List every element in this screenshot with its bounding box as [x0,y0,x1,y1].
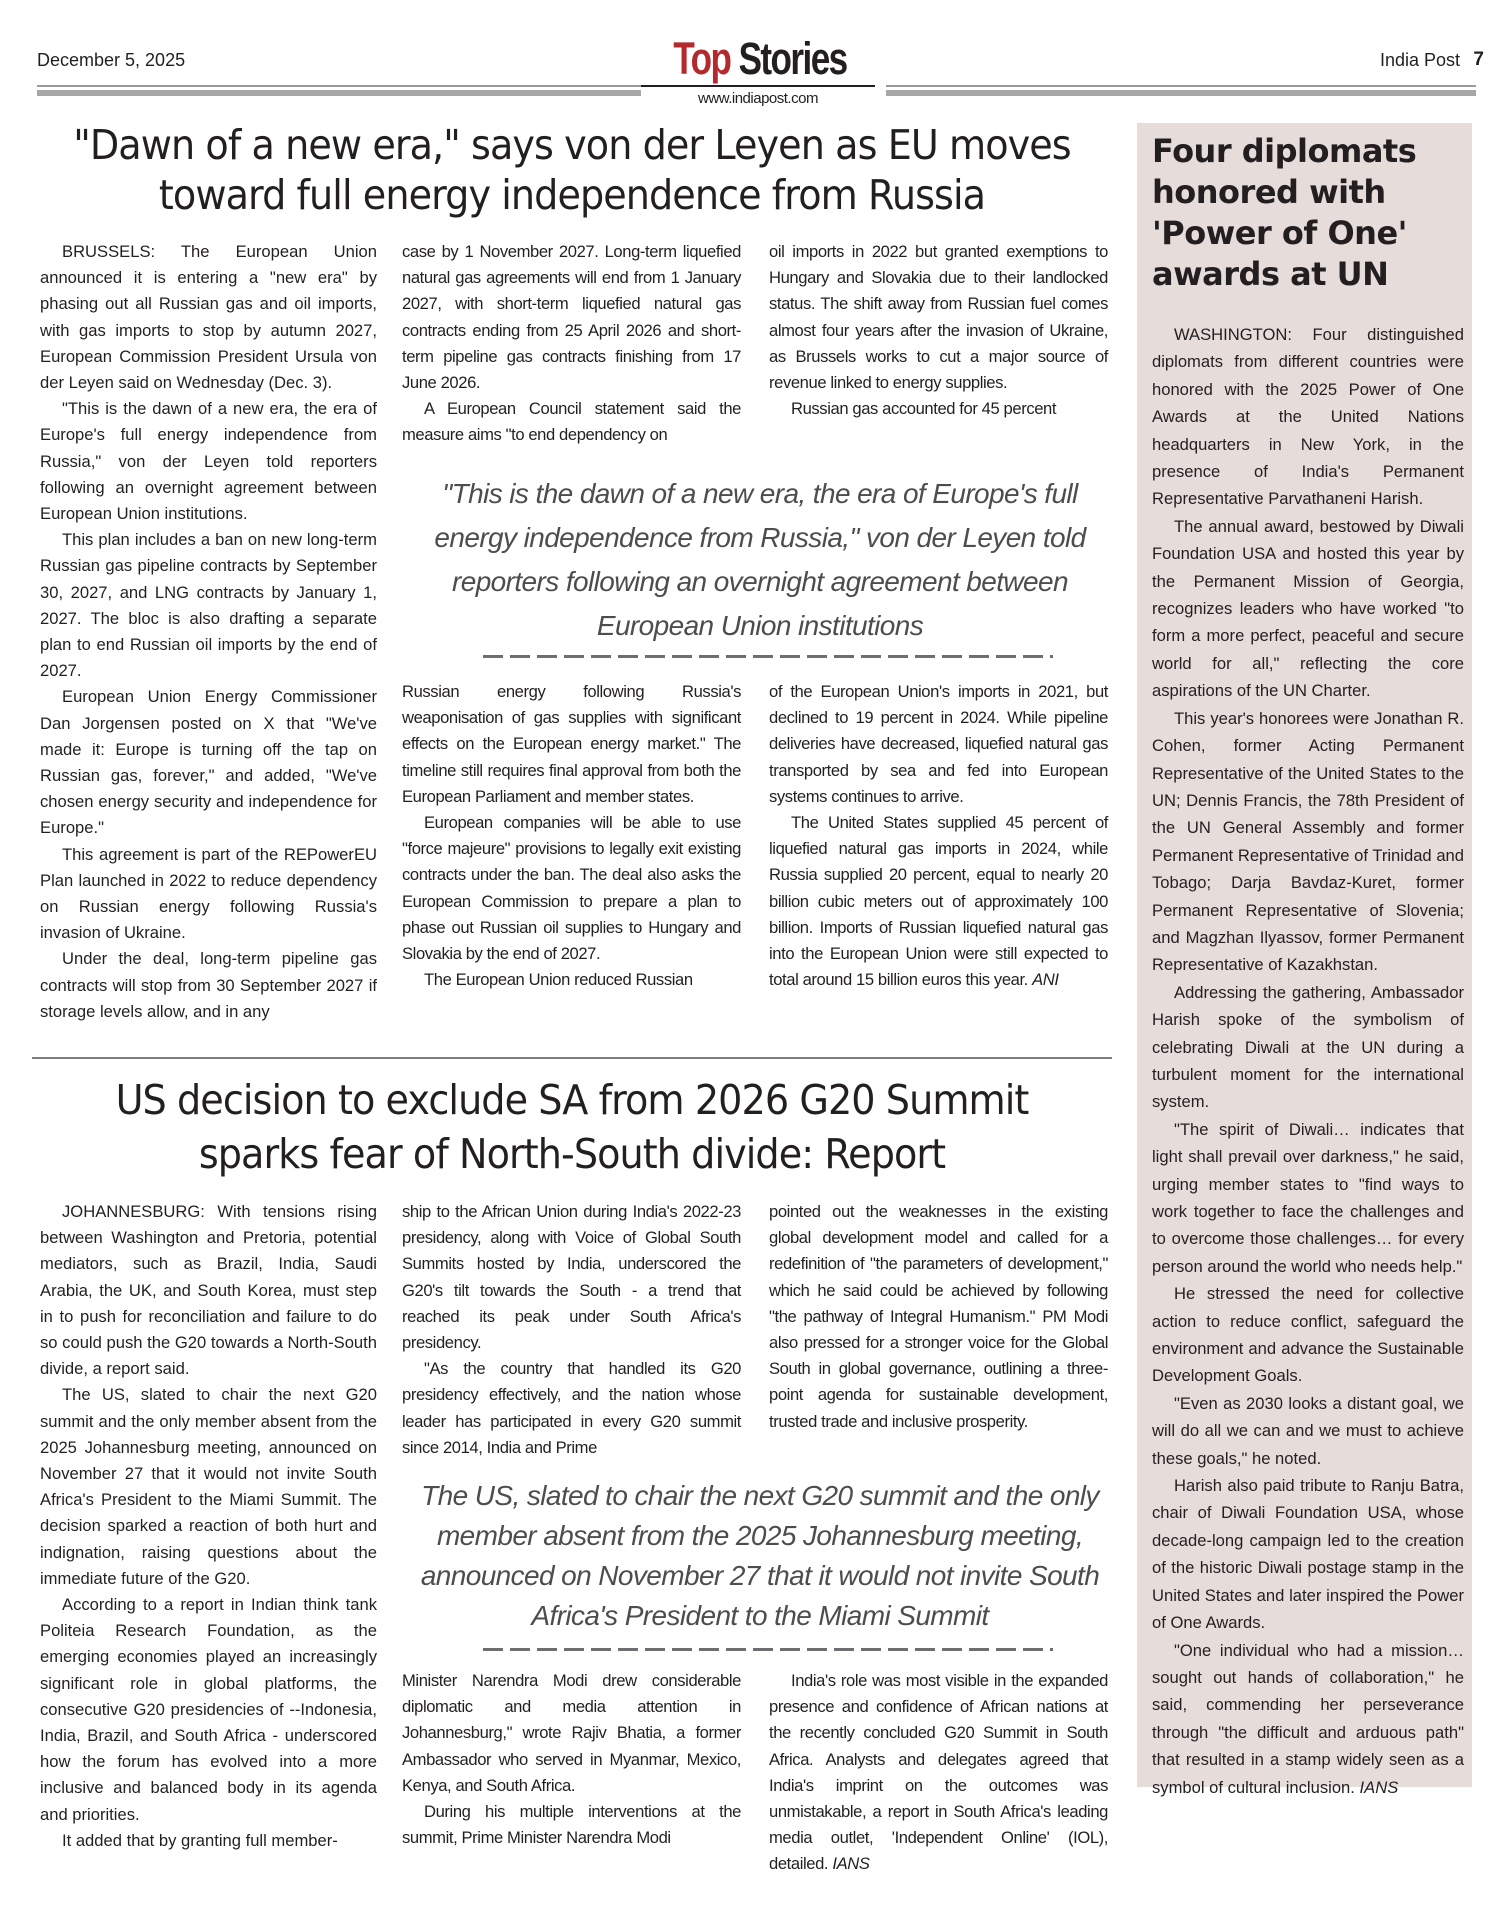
paragraph: Under the deal, long-term pipeline gas c… [40,946,377,1025]
paragraph: A European Council statement said the me… [402,396,741,448]
masthead-bar-right [886,90,1476,96]
story2-column-2-top: ship to the African Union during India's… [402,1199,741,1461]
news-agency-credit: IANS [1360,1778,1399,1797]
paragraph: "The spirit of Diwali… indicates that li… [1152,1116,1464,1280]
logo-top: Top [673,33,730,84]
paragraph-text: "One individual who had a mission… sough… [1152,1641,1464,1797]
paragraph: of the European Union's imports in 2021,… [769,679,1108,810]
story2-headline-line2: sparks fear of North-South divide: Repor… [199,1130,945,1178]
logo-stories: Stories [739,33,847,84]
story1-headline: "Dawn of a new era," says von der Leyen … [70,120,1074,220]
masthead-bar-left [37,90,641,96]
pull-quote-dash-rule [483,1648,1053,1651]
sidebar-body: WASHINGTON: Four distinguished diplomats… [1152,321,1464,1801]
website-link[interactable]: www.indiapost.com [640,90,876,107]
paragraph: European Union Energy Commissioner Dan J… [40,684,377,841]
paragraph: BRUSSELS: The European Union announced i… [40,239,377,396]
paragraph: The US, slated to chair the next G20 sum… [40,1382,377,1592]
masthead-rule-left [37,85,641,87]
paragraph: This agreement is part of the REPowerEU … [40,842,377,947]
paragraph: It added that by granting full member- [40,1828,377,1854]
story1-headline-line1: "Dawn of a new era," says von der Leyen … [73,121,1070,169]
paragraph: The United States supplied 45 percent of… [769,810,1108,993]
story1-headline-line2: toward full energy independence from Rus… [159,171,985,219]
news-agency-credit: ANI [1032,970,1058,989]
paragraph: ship to the African Union during India's… [402,1199,741,1356]
story1-column-2-top: case by 1 November 2027. Long-term lique… [402,239,741,449]
paragraph: European companies will be able to use "… [402,810,741,967]
story2-pull-quote: The US, slated to chair the next G20 sum… [405,1476,1115,1636]
paragraph: According to a report in Indian think ta… [40,1592,377,1828]
paragraph: India's role was most visible in the exp… [769,1668,1108,1878]
story2-column-3-top: pointed out the weaknesses in the existi… [769,1199,1108,1435]
paragraph: This year's honorees were Jonathan R. Co… [1152,705,1464,979]
logo-underline [641,85,875,87]
sidebar-headline: Four diplomats honored with 'Power of On… [1152,131,1452,295]
paragraph: Addressing the gathering, Ambassador Har… [1152,979,1464,1116]
paragraph-text: The United States supplied 45 percent of… [769,813,1108,989]
paragraph: Russian gas accounted for 45 percent [769,396,1108,422]
paragraph: This plan includes a ban on new long-ter… [40,527,377,684]
section-logo: Top Stories [666,33,853,85]
paragraph: He stressed the need for collective acti… [1152,1280,1464,1390]
story2-headline: US decision to exclude SA from 2026 G20 … [70,1073,1074,1181]
paragraph: "One individual who had a mission… sough… [1152,1637,1464,1801]
news-agency-credit: IANS [832,1854,869,1873]
pull-quote-dash-rule [483,655,1053,658]
paragraph-text: India's role was most visible in the exp… [769,1671,1108,1873]
story2-headline-line1: US decision to exclude SA from 2026 G20 … [116,1076,1029,1124]
paragraph: The annual award, bestowed by Diwali Fou… [1152,513,1464,705]
story1-column-2-bottom: Russian energy following Russia's weapon… [402,679,741,993]
story1-column-3-top: oil imports in 2022 but granted exemptio… [769,239,1108,422]
masthead: December 5, 2025 Top Stories www.indiapo… [0,0,1512,112]
story2-column-2-bottom: Minister Narendra Modi drew considerable… [402,1668,741,1851]
page-number: 7 [1473,49,1484,71]
story2-column-3-bottom: India's role was most visible in the exp… [769,1668,1108,1878]
paragraph: Minister Narendra Modi drew considerable… [402,1668,741,1799]
story1-column-3-bottom: of the European Union's imports in 2021,… [769,679,1108,993]
paragraph: Harish also paid tribute to Ranju Batra,… [1152,1472,1464,1636]
paragraph: "Even as 2030 looks a distant goal, we w… [1152,1390,1464,1472]
story1-pull-quote: "This is the dawn of a new era, the era … [410,472,1110,648]
publication-name: India Post [1380,50,1460,71]
paragraph: Russian energy following Russia's weapon… [402,679,741,810]
paragraph: case by 1 November 2027. Long-term lique… [402,239,741,396]
story2-column-1: JOHANNESBURG: With tensions rising betwe… [40,1199,377,1854]
paragraph: During his multiple interventions at the… [402,1799,741,1851]
masthead-rule-right [886,85,1476,87]
paragraph: "As the country that handled its G20 pre… [402,1356,741,1461]
paragraph: The European Union reduced Russian [402,967,741,993]
paragraph: pointed out the weaknesses in the existi… [769,1199,1108,1435]
paragraph: oil imports in 2022 but granted exemptio… [769,239,1108,396]
story1-column-1: BRUSSELS: The European Union announced i… [40,239,377,1025]
paragraph: "This is the dawn of a new era, the era … [40,396,377,527]
story-divider [32,1057,1112,1059]
issue-date: December 5, 2025 [37,50,185,71]
paragraph: JOHANNESBURG: With tensions rising betwe… [40,1199,377,1382]
paragraph: WASHINGTON: Four distinguished diplomats… [1152,321,1464,513]
